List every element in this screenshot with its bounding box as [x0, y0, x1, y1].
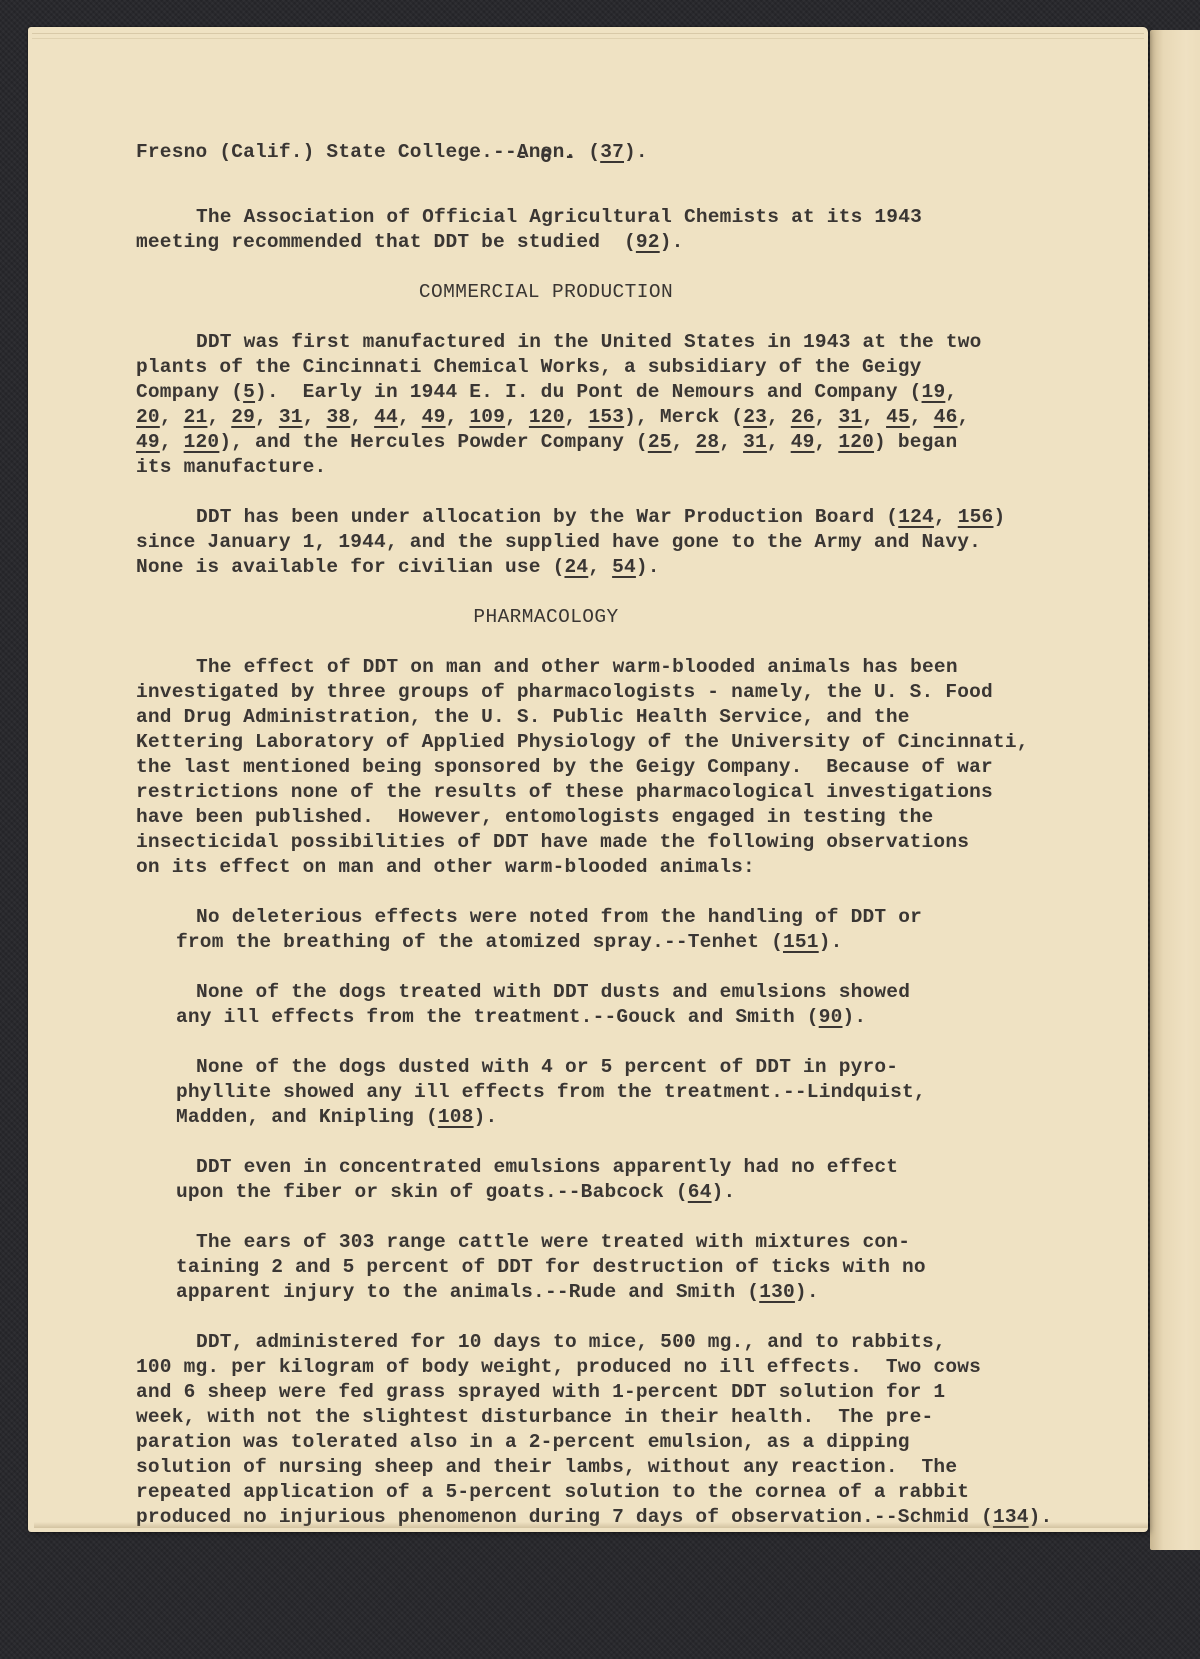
text-line: and 6 sheep were fed grass sprayed with …: [136, 1380, 945, 1405]
text-line: paration was tolerated also in a 2-perce…: [136, 1430, 910, 1455]
text-line: 100 mg. per kilogram of body weight, pro…: [136, 1355, 981, 1380]
text-line: plants of the Cincinnati Chemical Works,…: [136, 355, 922, 380]
text-line: any ill effects from the treatment.--Gou…: [176, 1005, 866, 1030]
text-line: No deleterious effects were noted from t…: [196, 905, 922, 930]
text-line: produced no injurious phenomenon during …: [136, 1505, 1052, 1530]
text-line: repeated application of a 5-percent solu…: [136, 1480, 969, 1505]
adjacent-page-edge: [1150, 30, 1200, 1550]
text-line: restrictions none of the results of thes…: [136, 780, 993, 805]
text-line: The effect of DDT on man and other warm-…: [196, 655, 958, 680]
text-line: insecticidal possibilities of DDT have m…: [136, 830, 969, 855]
text-line: The ears of 303 range cattle were treate…: [196, 1230, 910, 1255]
text-line: have been published. However, entomologi…: [136, 805, 933, 830]
text-line: its manufacture.: [136, 455, 326, 480]
text-line: None is available for civilian use (24, …: [136, 555, 660, 580]
text-line: on its effect on man and other warm-bloo…: [136, 855, 755, 880]
text-line: Company (5). Early in 1944 E. I. du Pont…: [136, 380, 957, 405]
text-line: solution of nursing sheep and their lamb…: [136, 1455, 957, 1480]
text-line: week, with not the slightest disturbance…: [136, 1405, 933, 1430]
text-line: phyllite showed any ill effects from the…: [176, 1080, 926, 1105]
text-line: DDT even in concentrated emulsions appar…: [196, 1155, 898, 1180]
text-line: None of the dogs treated with DDT dusts …: [196, 980, 910, 1005]
text-line: DDT has been under allocation by the War…: [196, 505, 1005, 530]
text-line: None of the dogs dusted with 4 or 5 perc…: [196, 1055, 898, 1080]
text-line: apparent injury to the animals.--Rude an…: [176, 1280, 819, 1305]
text-line: from the breathing of the atomized spray…: [176, 930, 843, 955]
text-line: the last mentioned being sponsored by th…: [136, 755, 993, 780]
text-line: 20, 21, 29, 31, 38, 44, 49, 109, 120, 15…: [136, 405, 969, 430]
text-line: investigated by three groups of pharmaco…: [136, 680, 993, 705]
text-line: 49, 120), and the Hercules Powder Compan…: [136, 430, 957, 455]
text-line: The Association of Official Agricultural…: [196, 205, 922, 230]
text-line: upon the fiber or skin of goats.--Babcoc…: [176, 1180, 735, 1205]
text-line: meeting recommended that DDT be studied …: [136, 230, 684, 255]
section-heading: COMMERCIAL PRODUCTION: [136, 280, 956, 305]
section-heading: PHARMACOLOGY: [136, 605, 956, 630]
text-line: DDT was first manufactured in the United…: [196, 330, 982, 355]
document-page: - 6 - Fresno (Calif.) State College.--An…: [28, 27, 1148, 1532]
text-line: Fresno (Calif.) State College.--Anon. (3…: [136, 140, 648, 165]
text-line: Madden, and Knipling (108).: [176, 1105, 497, 1130]
text-line: taining 2 and 5 percent of DDT for destr…: [176, 1255, 926, 1280]
text-line: and Drug Administration, the U. S. Publi…: [136, 705, 910, 730]
text-line: since January 1, 1944, and the supplied …: [136, 530, 981, 555]
text-line: Kettering Laboratory of Applied Physiolo…: [136, 730, 1029, 755]
text-line: DDT, administered for 10 days to mice, 5…: [196, 1330, 946, 1355]
